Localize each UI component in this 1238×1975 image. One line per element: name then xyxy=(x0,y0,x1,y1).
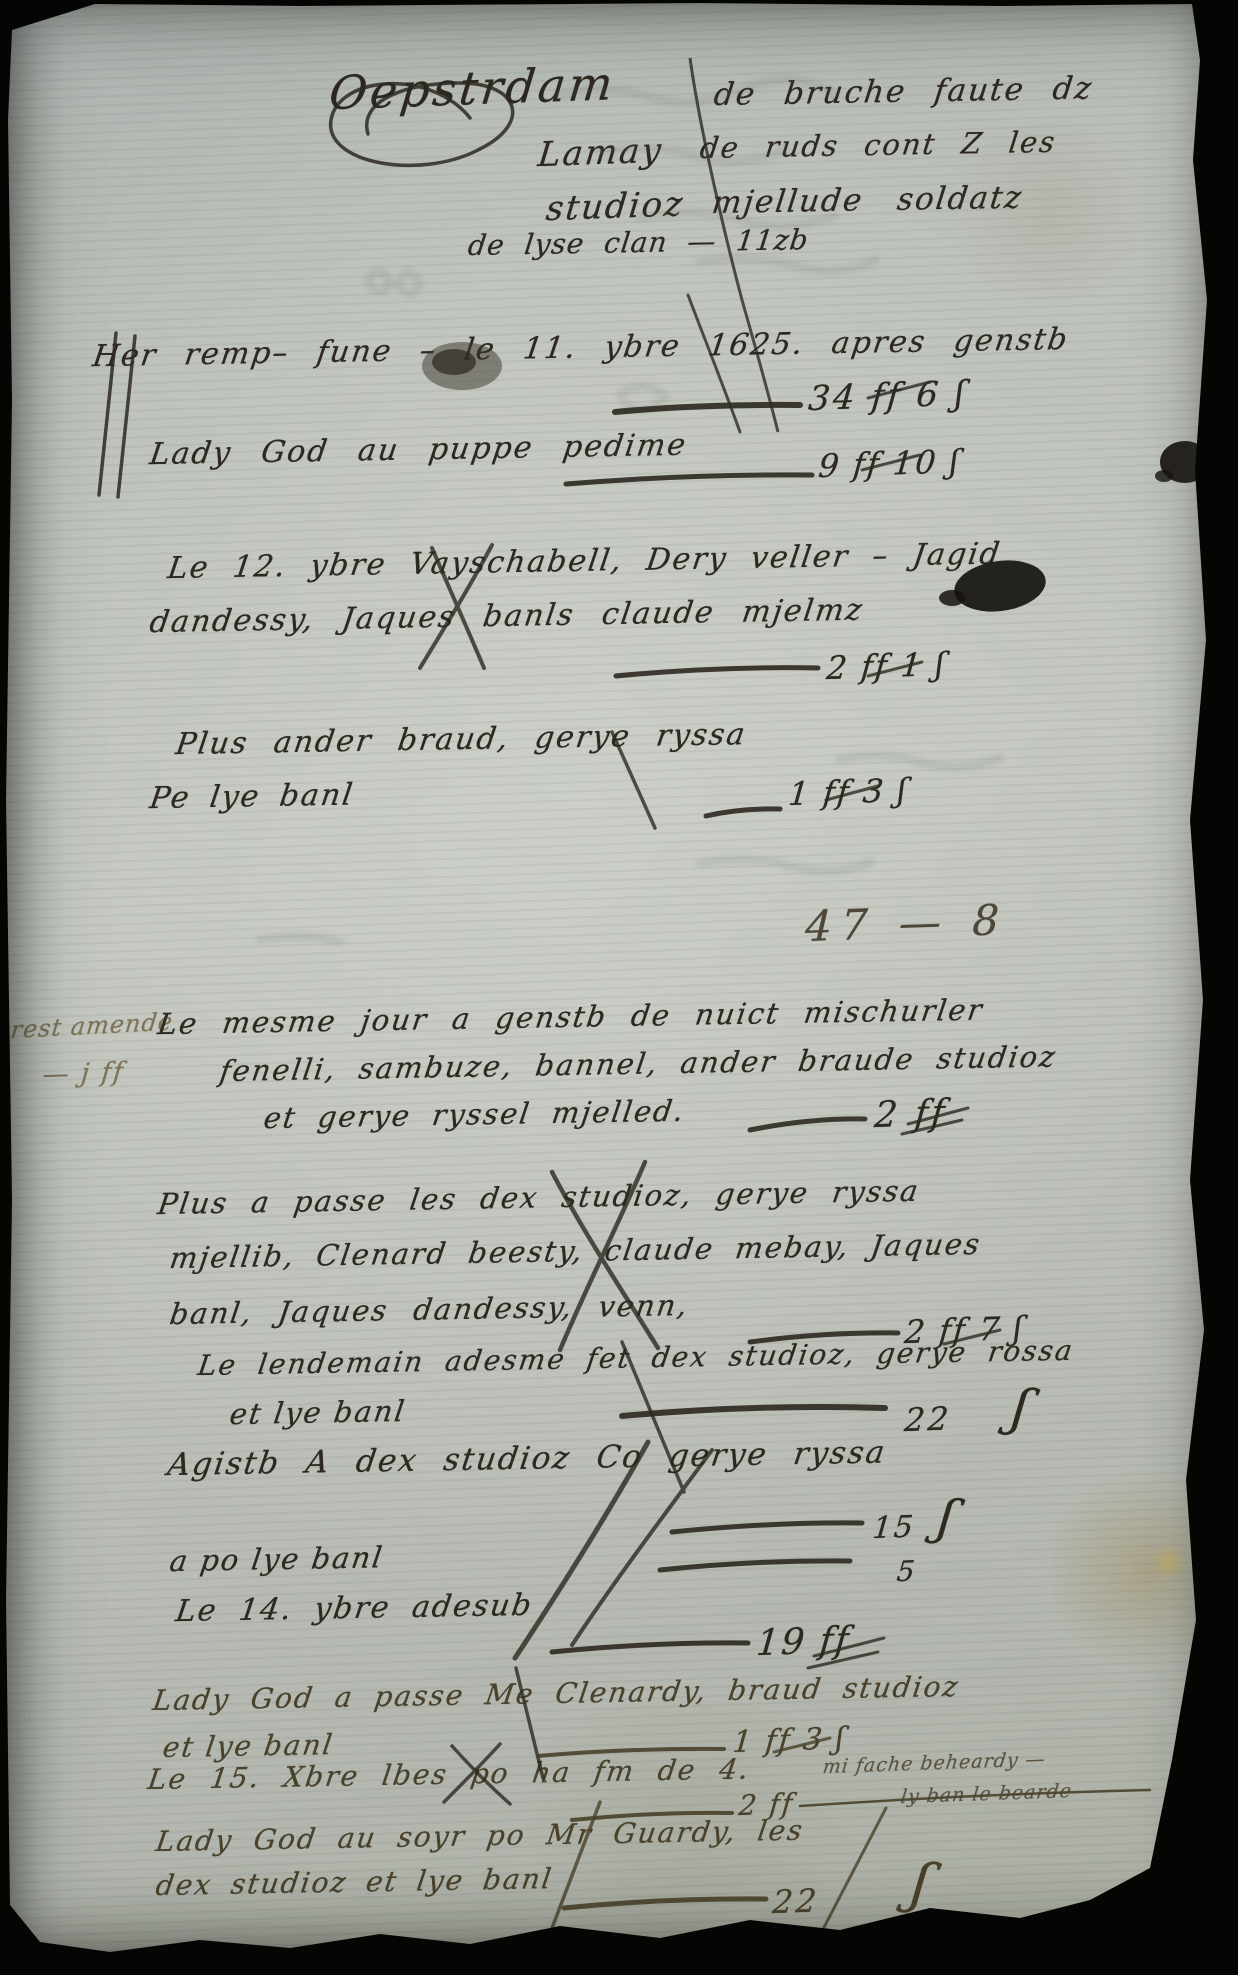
paper-sheet: Oepstrdam de bruche faute dz Lamay de ru… xyxy=(0,0,1238,1975)
scan-vignette xyxy=(0,0,1238,1975)
scanned-manuscript-page: Oepstrdam de bruche faute dz Lamay de ru… xyxy=(0,0,1238,1975)
